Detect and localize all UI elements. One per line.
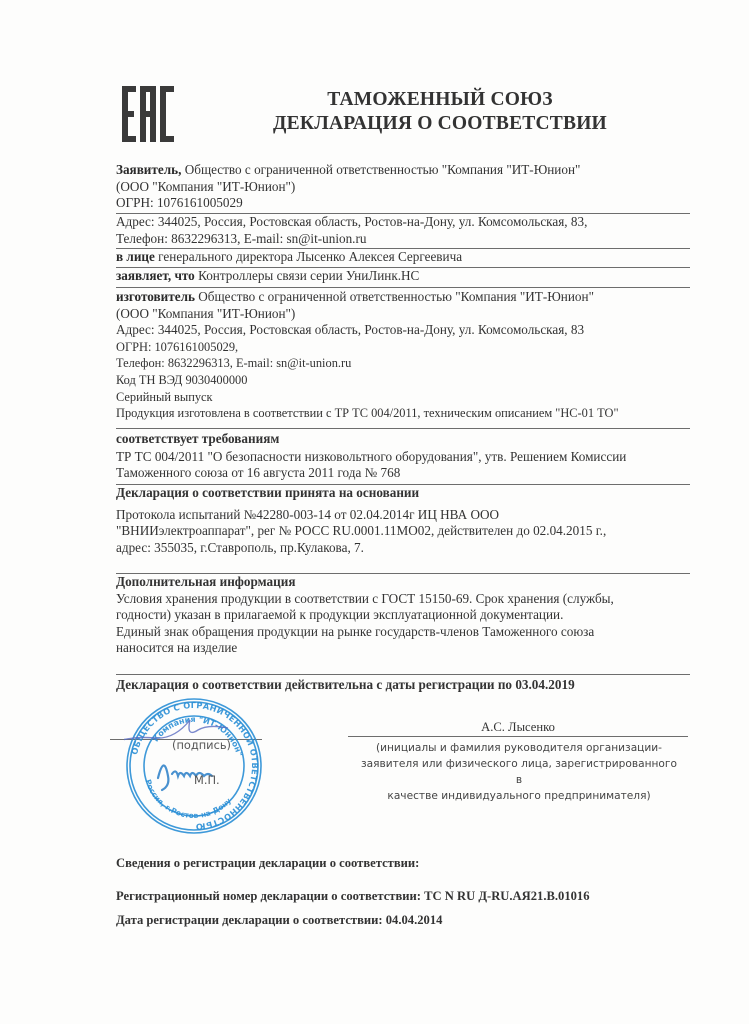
signer-name-line [348, 736, 688, 737]
signer-name: А.С. Лысенко [348, 719, 688, 736]
applicant-label: Заявитель, [116, 162, 181, 177]
divider [116, 674, 690, 675]
validity-statement: Декларация о соответствии действительна … [116, 677, 694, 694]
product-name: Контроллеры связи серии УниЛинк.НС [195, 268, 420, 283]
basis-line3: адрес: 355035, г.Ставрополь, пр.Кулакова… [116, 540, 694, 557]
compliance-block: соответствует требованиям ТР ТС 004/2011… [116, 431, 694, 482]
applicant-address-block: Адрес: 344025, Россия, Ростовская област… [116, 214, 694, 247]
applicant-name: Общество с ограниченной ответственностью… [181, 162, 580, 177]
represented-block: в лице генерального директора Лысенко Ал… [116, 249, 694, 266]
signer-caption-line2: заявителя или физического лица, зарегист… [358, 756, 680, 788]
divider [116, 287, 690, 288]
additional-line1: Условия хранения продукции в соответстви… [116, 591, 694, 608]
signer-caption-line3: качестве индивидуального предпринимателя… [358, 788, 680, 804]
declaration-page: ТАМОЖЕННЫЙ СОЮЗ ДЕКЛАРАЦИЯ О СООТВЕТСТВИ… [0, 0, 749, 1024]
manufacturer-contacts: Телефон: 8632296313, E-mail: sn@it-union… [116, 355, 694, 372]
applicant-block: Заявитель, Общество с ограниченной ответ… [116, 162, 694, 212]
compliance-line1: ТР ТС 004/2011 "О безопасности низковоль… [116, 449, 694, 466]
signer-caption-line1: (инициалы и фамилия руководителя организ… [358, 740, 680, 756]
manufacturer-ogrn: ОГРН: 1076161005029, [116, 339, 694, 356]
represented-by: генерального директора Лысенко Алексея С… [155, 249, 462, 264]
manufacturer-address: Адрес: 344025, Россия, Ростовская област… [116, 322, 694, 339]
registration-number: Регистрационный номер декларации о соотв… [116, 888, 694, 905]
stamp-place-caption: М.П. [194, 773, 220, 787]
basis-block: Декларация о соответствии принята на осн… [116, 485, 694, 556]
production-basis: Продукция изготовлена в соответствии с Т… [116, 405, 694, 422]
applicant-short-name: (ООО "Компания "ИТ-Юнион") [116, 179, 694, 196]
manufacturer-short-name: (ООО "Компания "ИТ-Юнион") [116, 306, 694, 323]
document-title: ТАМОЖЕННЫЙ СОЮЗ ДЕКЛАРАЦИЯ О СООТВЕТСТВИ… [250, 88, 630, 136]
manufacturer-name: Общество с ограниченной ответственностью… [195, 289, 594, 304]
compliance-line2: Таможенного союза от 16 августа 2011 год… [116, 465, 694, 482]
release-type: Серийный выпуск [116, 389, 694, 406]
additional-info-block: Дополнительная информация Условия хранен… [116, 574, 694, 657]
company-stamp-icon: ОБЩЕСТВО С ОГРАНИЧЕННОЙ ОТВЕТСТВЕННОСТЬЮ… [124, 696, 264, 836]
manufacturer-block: изготовитель Общество с ограниченной отв… [116, 289, 694, 422]
title-declaration: ДЕКЛАРАЦИЯ О СООТВЕТСТВИИ [250, 112, 630, 136]
applicant-address: Адрес: 344025, Россия, Ростовская област… [116, 214, 694, 231]
compliance-label: соответствует требованиям [116, 431, 694, 448]
eac-logo-icon [122, 86, 174, 142]
title-customs-union: ТАМОЖЕННЫЙ СОЮЗ [250, 88, 630, 112]
manufacturer-label: изготовитель [116, 289, 195, 304]
additional-line3: Единый знак обращения продукции на рынке… [116, 624, 694, 641]
additional-info-label: Дополнительная информация [116, 574, 694, 591]
basis-line2: "ВНИИэлектроаппарат", рег № РОСС RU.0001… [116, 523, 694, 540]
additional-line4: наносится на изделие [116, 640, 694, 657]
declares-label: заявляет, что [116, 268, 195, 283]
additional-line2: годности) указан в прилагаемой к продукц… [116, 607, 694, 624]
applicant-contacts: Телефон: 8632296313, E-mail: sn@it-union… [116, 231, 694, 248]
registration-heading: Сведения о регистрации декларации о соот… [116, 855, 694, 872]
declares-block: заявляет, что Контроллеры связи серии Ун… [116, 268, 694, 285]
signature-caption: (подпись) [172, 738, 231, 752]
basis-label: Декларация о соответствии принята на осн… [116, 485, 694, 502]
registration-date: Дата регистрации декларации о соответств… [116, 912, 694, 929]
represented-label: в лице [116, 249, 155, 264]
signer-caption: (инициалы и фамилия руководителя организ… [358, 740, 680, 804]
tn-ved-code: Код ТН ВЭД 9030400000 [116, 372, 694, 389]
basis-line1: Протокола испытаний №42280-003-14 от 02.… [116, 507, 694, 524]
applicant-ogrn: ОГРН: 1076161005029 [116, 195, 694, 212]
divider [116, 428, 690, 429]
